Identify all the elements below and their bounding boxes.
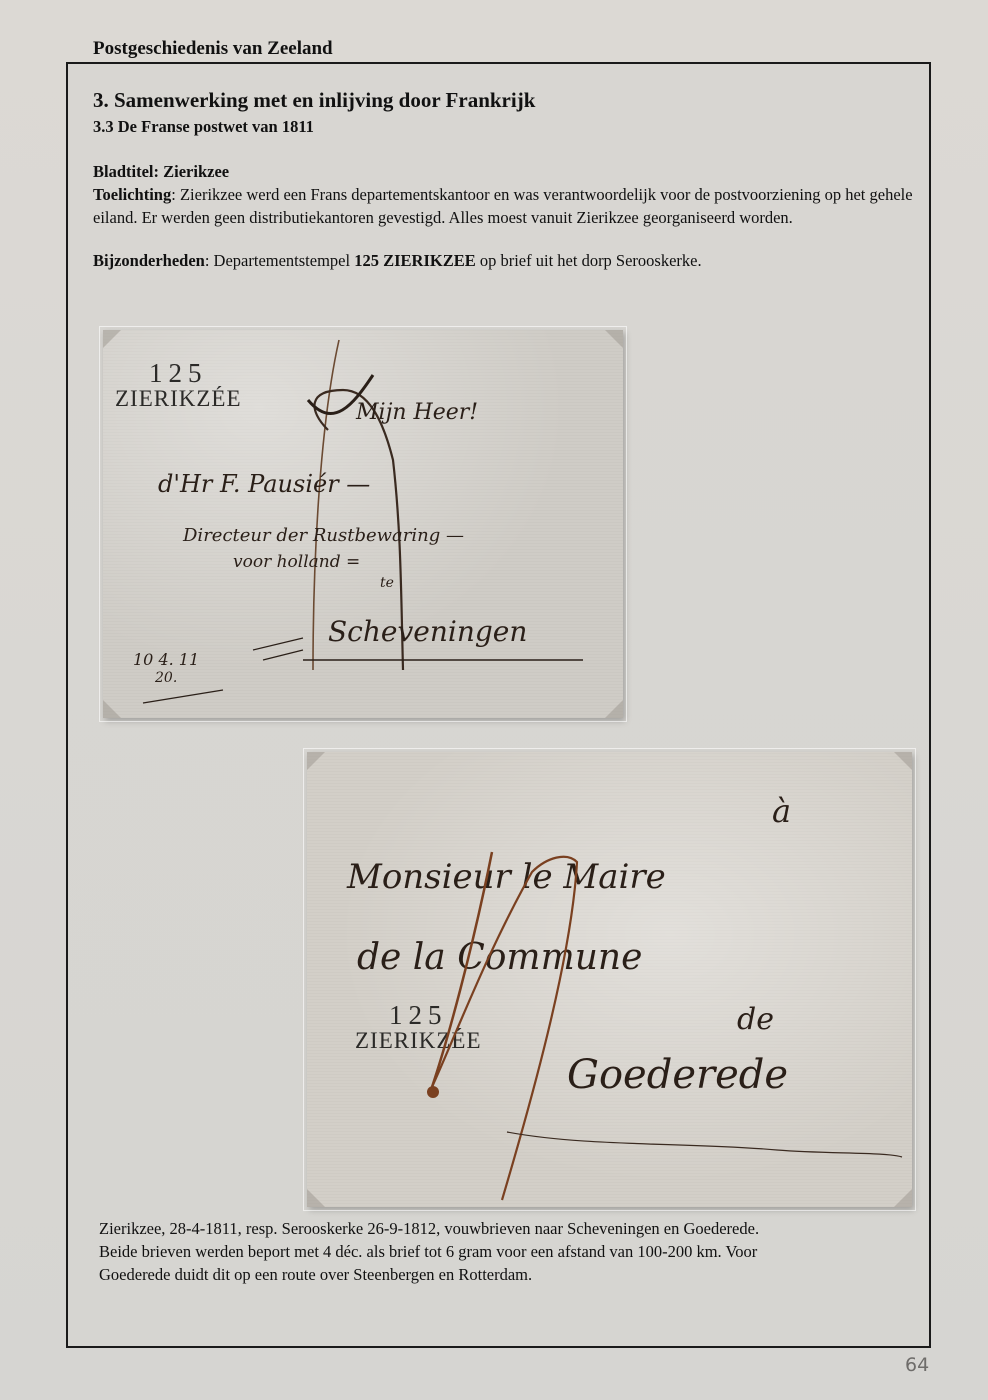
photo-corner bbox=[307, 752, 325, 770]
page-header: Postgeschiedenis van Zeeland bbox=[93, 38, 333, 60]
stamp-number: 125 bbox=[115, 360, 242, 387]
address-line: à bbox=[772, 792, 791, 830]
address-line: de bbox=[737, 1002, 774, 1037]
photo-corner bbox=[894, 752, 912, 770]
date-note: 20. bbox=[155, 670, 177, 686]
departement-stamp-125-zierikzee: 125 ZIERIKZÉE bbox=[115, 360, 242, 410]
stamp-town: ZIERIKZÉE bbox=[115, 387, 242, 410]
address-line-destination: Scheveningen bbox=[328, 615, 527, 648]
photo-corner bbox=[894, 1189, 912, 1207]
page-number: 64 bbox=[905, 1354, 929, 1376]
departement-stamp-125-zierikzee: 125 ZIERIKZÉE bbox=[355, 1002, 482, 1052]
toelichting-paragraph: Toelichting: Zierikzee werd een Frans de… bbox=[93, 183, 933, 229]
bijzonderheden-paragraph: Bijzonderheden: Departementstempel 125 Z… bbox=[93, 249, 933, 272]
caption-line: Goederede duidt dit op een route over St… bbox=[99, 1263, 929, 1286]
bijzonderheden-post: op brief uit het dorp Serooskerke. bbox=[476, 251, 702, 270]
photo-corner bbox=[605, 330, 623, 348]
bijzonderheden-label: Bijzonderheden bbox=[93, 251, 205, 270]
caption-line: Beide brieven werden beport met 4 déc. a… bbox=[99, 1240, 929, 1263]
address-line: de la Commune bbox=[357, 937, 642, 978]
bijzonderheden-stamp: 125 ZIERIKZEE bbox=[354, 251, 476, 270]
address-line: Mijn Heer! bbox=[356, 400, 478, 425]
photo-corner bbox=[103, 700, 121, 718]
toelichting-text: : Zierikzee werd een Frans departementsk… bbox=[93, 185, 913, 227]
bladtitel-line: Bladtitel: Zierikzee bbox=[93, 160, 933, 183]
toelichting-label: Toelichting bbox=[93, 185, 171, 204]
address-line-destination: Goederede bbox=[567, 1052, 788, 1098]
cover-scheveningen: 125 ZIERIKZÉE Mijn Heer! d'Hr F. Pausiér… bbox=[103, 330, 623, 718]
address-line: d'Hr F. Pausiér — bbox=[158, 470, 370, 498]
address-line: Monsieur le Maire bbox=[347, 857, 666, 897]
protective-sleeve bbox=[303, 748, 916, 1211]
cover-goederede: à Monsieur le Maire de la Commune de Goe… bbox=[307, 752, 912, 1207]
photo-corner bbox=[103, 330, 121, 348]
bijzonderheden-pre: : Departementstempel bbox=[205, 251, 354, 270]
section-title: 3.3 De Franse postwet van 1811 bbox=[93, 117, 314, 137]
intro-text-block: Bladtitel: Zierikzee Toelichting: Zierik… bbox=[93, 160, 933, 272]
photo-corner bbox=[605, 700, 623, 718]
caption-line: Zierikzee, 28-4-1811, resp. Serooskerke … bbox=[99, 1217, 929, 1240]
caption: Zierikzee, 28-4-1811, resp. Serooskerke … bbox=[99, 1217, 929, 1286]
date-note: 10 4. 11 bbox=[133, 650, 199, 669]
bladtitel-label: Bladtitel: bbox=[93, 162, 163, 181]
address-line: Directeur der Rustbewaring — bbox=[183, 525, 464, 546]
bladtitel-value: Zierikzee bbox=[163, 162, 229, 181]
stamp-town: ZIERIKZÉE bbox=[355, 1029, 482, 1052]
address-line: voor holland = bbox=[233, 552, 360, 572]
photo-corner bbox=[307, 1189, 325, 1207]
postage-due-mark-4 bbox=[307, 752, 912, 1207]
address-line: te bbox=[380, 575, 394, 591]
chapter-title: 3. Samenwerking met en inlijving door Fr… bbox=[93, 88, 535, 113]
stamp-number: 125 bbox=[355, 1002, 482, 1029]
